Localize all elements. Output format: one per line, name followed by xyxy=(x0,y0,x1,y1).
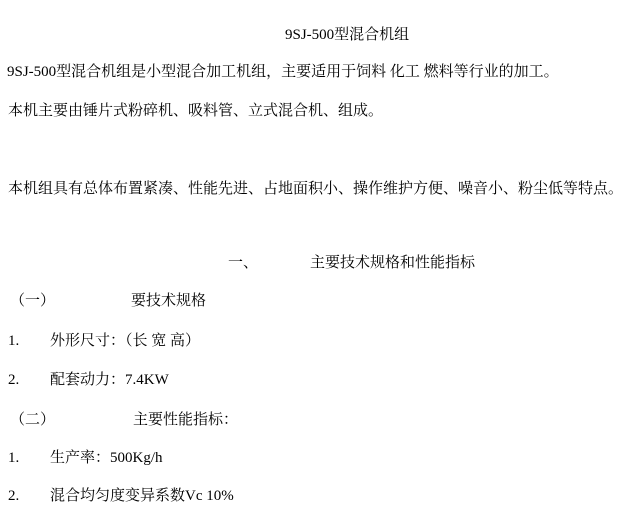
document-page: 9SJ-500型混合机组 9SJ-500型混合机组是小型混合加工机组，主要适用于… xyxy=(0,0,624,518)
spec-item-2-number: 2. xyxy=(8,372,19,388)
performance-item-2-text: 混合均匀度变异系数Vc 10% xyxy=(50,488,234,504)
subsection-2-marker: （二） xyxy=(10,412,55,428)
subsection-1-marker: （一） xyxy=(10,293,55,309)
document-title: 9SJ-500型混合机组 xyxy=(285,27,409,43)
subsection-2-title: 主要性能指标： xyxy=(133,412,238,428)
paragraph-features: 本机组具有总体布置紧凑、性能先进、占地面积小、操作维护方便、噪音小、粉尘低等特点… xyxy=(8,181,618,197)
performance-item-1-text: 生产率：500Kg/h xyxy=(50,450,163,466)
section-heading-text: 主要技术规格和性能指标 xyxy=(310,255,475,271)
paragraph-intro: 9SJ-500型混合机组是小型混合加工机组，主要适用于饲料 化工 燃料等行业的加… xyxy=(7,64,617,80)
spec-item-1-text: 外形尺寸：（长 宽 高） xyxy=(50,333,200,349)
paragraph-composition: 本机主要由锤片式粉碎机、吸料管、立式混合机、组成。 xyxy=(8,103,618,119)
section-heading-marker: 一、 xyxy=(228,255,258,271)
spec-item-1-number: 1. xyxy=(8,333,19,349)
subsection-1-title: 要技术规格 xyxy=(131,293,206,309)
performance-item-1-number: 1. xyxy=(8,450,19,466)
spec-item-2-text: 配套动力：7.4KW xyxy=(50,372,169,388)
performance-item-2-number: 2. xyxy=(8,488,19,504)
